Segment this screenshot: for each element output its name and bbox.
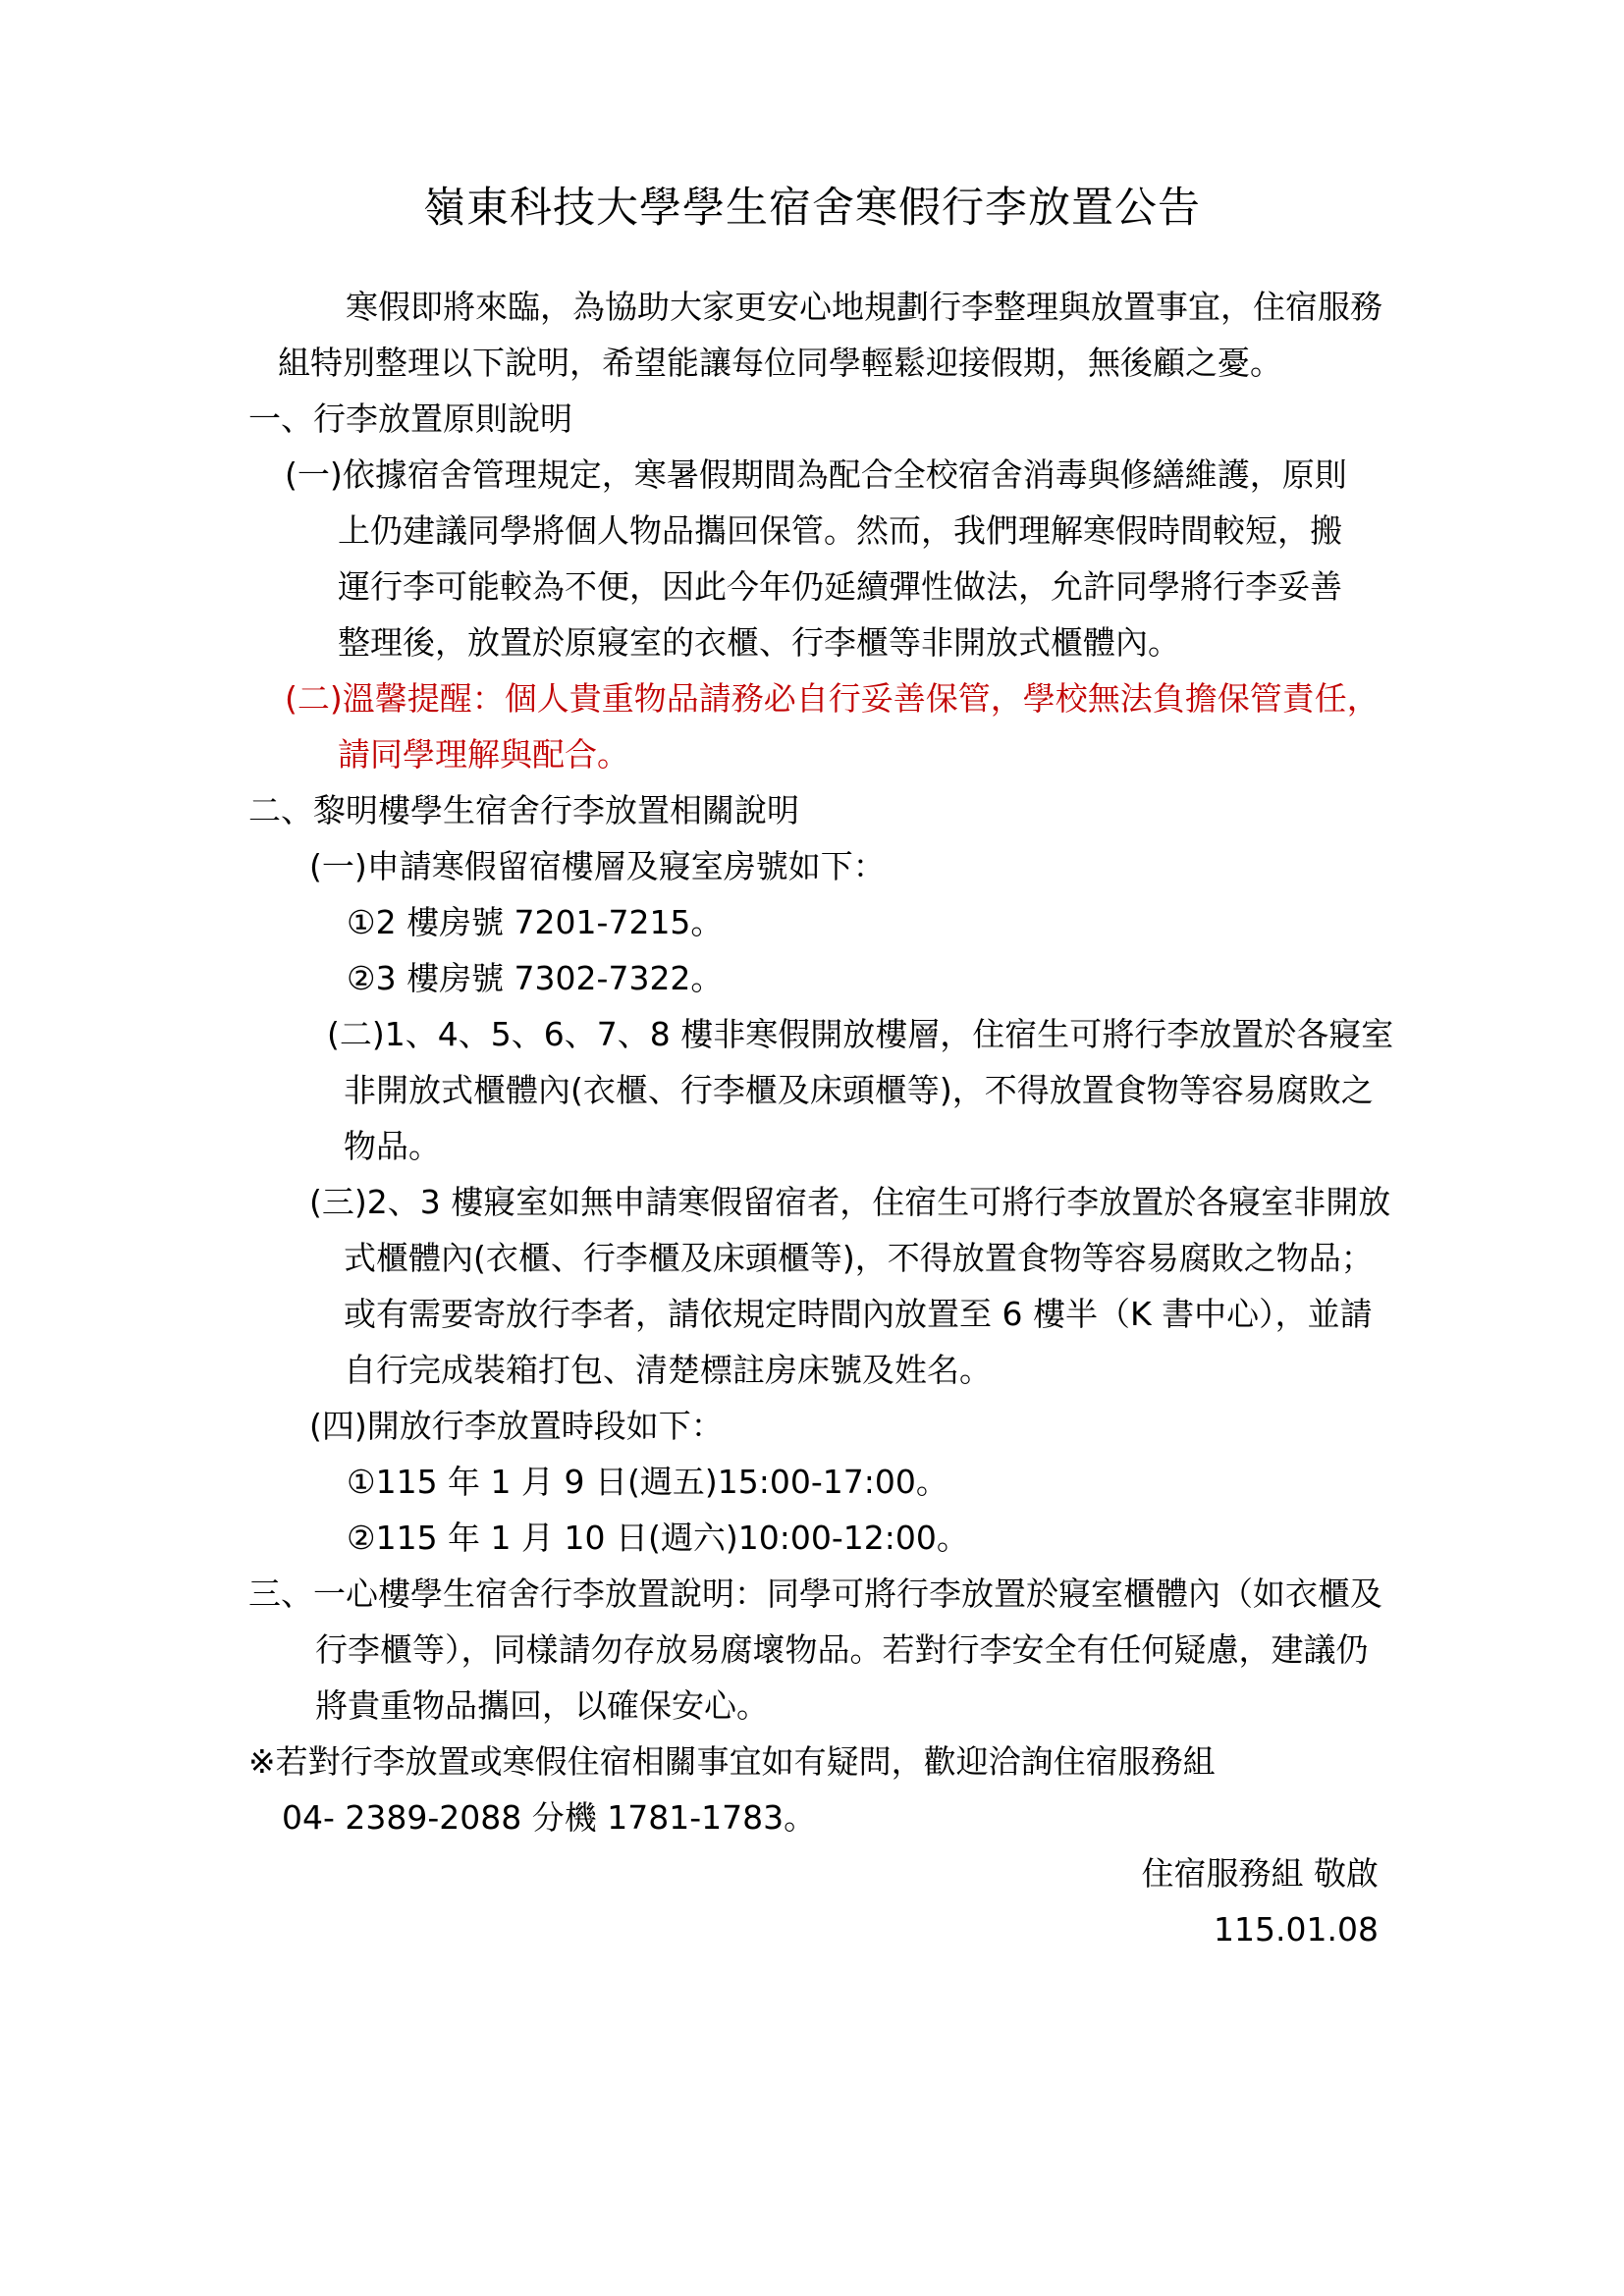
intro-line: 組特別整理以下說明，希望能讓每位同學輕鬆迎接假期，無後顧之憂。 (278, 335, 1624, 391)
section-2-item-2-line: (二)1、4、5、6、7、8 樓非寒假開放樓層，住宿生可將行李放置於各寢室 (327, 1006, 1624, 1062)
document-title: 嶺東科技大學學生宿舍寒假行李放置公告 (0, 0, 1624, 234)
announcement-document: 嶺東科技大學學生宿舍寒假行李放置公告 寒假即將來臨，為協助大家更安心地規劃行李整… (0, 0, 1624, 2296)
section-1-item-1-line: 整理後，放置於原寢室的衣櫃、行李櫃等非開放式櫃體內。 (338, 614, 1624, 670)
section-3-line: 行李櫃等），同樣請勿存放易腐壞物品。若對行李安全有任何疑慮，建議仍 (315, 1622, 1624, 1678)
section-1-heading: 一、行李放置原則說明 (248, 391, 1624, 447)
section-2-item-2-line: 物品。 (344, 1118, 1624, 1174)
section-2-item-3-line: 或有需要寄放行李者，請依規定時間內放置至 6 樓半（K 書中心），並請 (344, 1286, 1624, 1342)
section-3-line: 三、一心樓學生宿舍行李放置說明：同學可將行李放置於寢室櫃體內（如衣櫃及 (248, 1566, 1624, 1622)
warning-notice-line: (二)溫馨提醒：個人貴重物品請務必自行妥善保管，學校無法負擔保管責任， (285, 670, 1624, 726)
section-2-item-3-line: 自行完成裝箱打包、清楚標註房床號及姓名。 (344, 1342, 1624, 1398)
warning-notice-line: 請同學理解與配合。 (338, 726, 1624, 782)
section-1-item-1-line: (一)依據宿舍管理規定，寒暑假期間為配合全校宿舍消毒與修繕維護，原則 (285, 447, 1624, 503)
section-3-line: 將貴重物品攜回，以確保安心。 (315, 1678, 1624, 1734)
intro-line: 寒假即將來臨，為協助大家更安心地規劃行李整理與放置事宜，住宿服務 (346, 279, 1624, 335)
signature-date: 115.01.08 (0, 1901, 1624, 1957)
section-2-item-4-line: (四)開放行李放置時段如下： (309, 1398, 1624, 1454)
document-body: 寒假即將來臨，為協助大家更安心地規劃行李整理與放置事宜，住宿服務 組特別整理以下… (0, 279, 1624, 1957)
section-2-item-1-line: (一)申請寒假留宿樓層及寢室房號如下： (309, 838, 1624, 894)
signature-name: 住宿服務組 敬啟 (0, 1845, 1624, 1901)
section-2-item-2-line: 非開放式櫃體內(衣櫃、行李櫃及床頭櫃等)，不得放置食物等容易腐敗之 (344, 1062, 1624, 1118)
section-2-item-3-line: (三)2、3 樓寢室如無申請寒假留宿者，住宿生可將行李放置於各寢室非開放 (309, 1174, 1624, 1230)
schedule-sub-item: ②115 年 1 月 10 日(週六)10:00-12:00。 (347, 1510, 1624, 1566)
section-1-item-1-line: 運行李可能較為不便，因此今年仍延續彈性做法，允許同學將行李妥善 (338, 559, 1624, 614)
contact-note-line: ※若對行李放置或寒假住宿相關事宜如有疑問，歡迎洽詢住宿服務組 (248, 1734, 1624, 1789)
schedule-sub-item: ①115 年 1 月 9 日(週五)15:00-17:00。 (347, 1454, 1624, 1510)
section-1-item-1-line: 上仍建議同學將個人物品攜回保管。然而，我們理解寒假時間較短，搬 (338, 503, 1624, 559)
contact-phone-line: 04- 2389-2088 分機 1781-1783。 (282, 1789, 1624, 1845)
section-2-item-3-line: 式櫃體內(衣櫃、行李櫃及床頭櫃等)，不得放置食物等容易腐敗之物品； (344, 1230, 1624, 1286)
room-number-sub-item: ①2 樓房號 7201-7215。 (347, 894, 1624, 950)
room-number-sub-item: ②3 樓房號 7302-7322。 (347, 950, 1624, 1006)
section-2-heading: 二、黎明樓學生宿舍行李放置相關說明 (248, 782, 1624, 838)
